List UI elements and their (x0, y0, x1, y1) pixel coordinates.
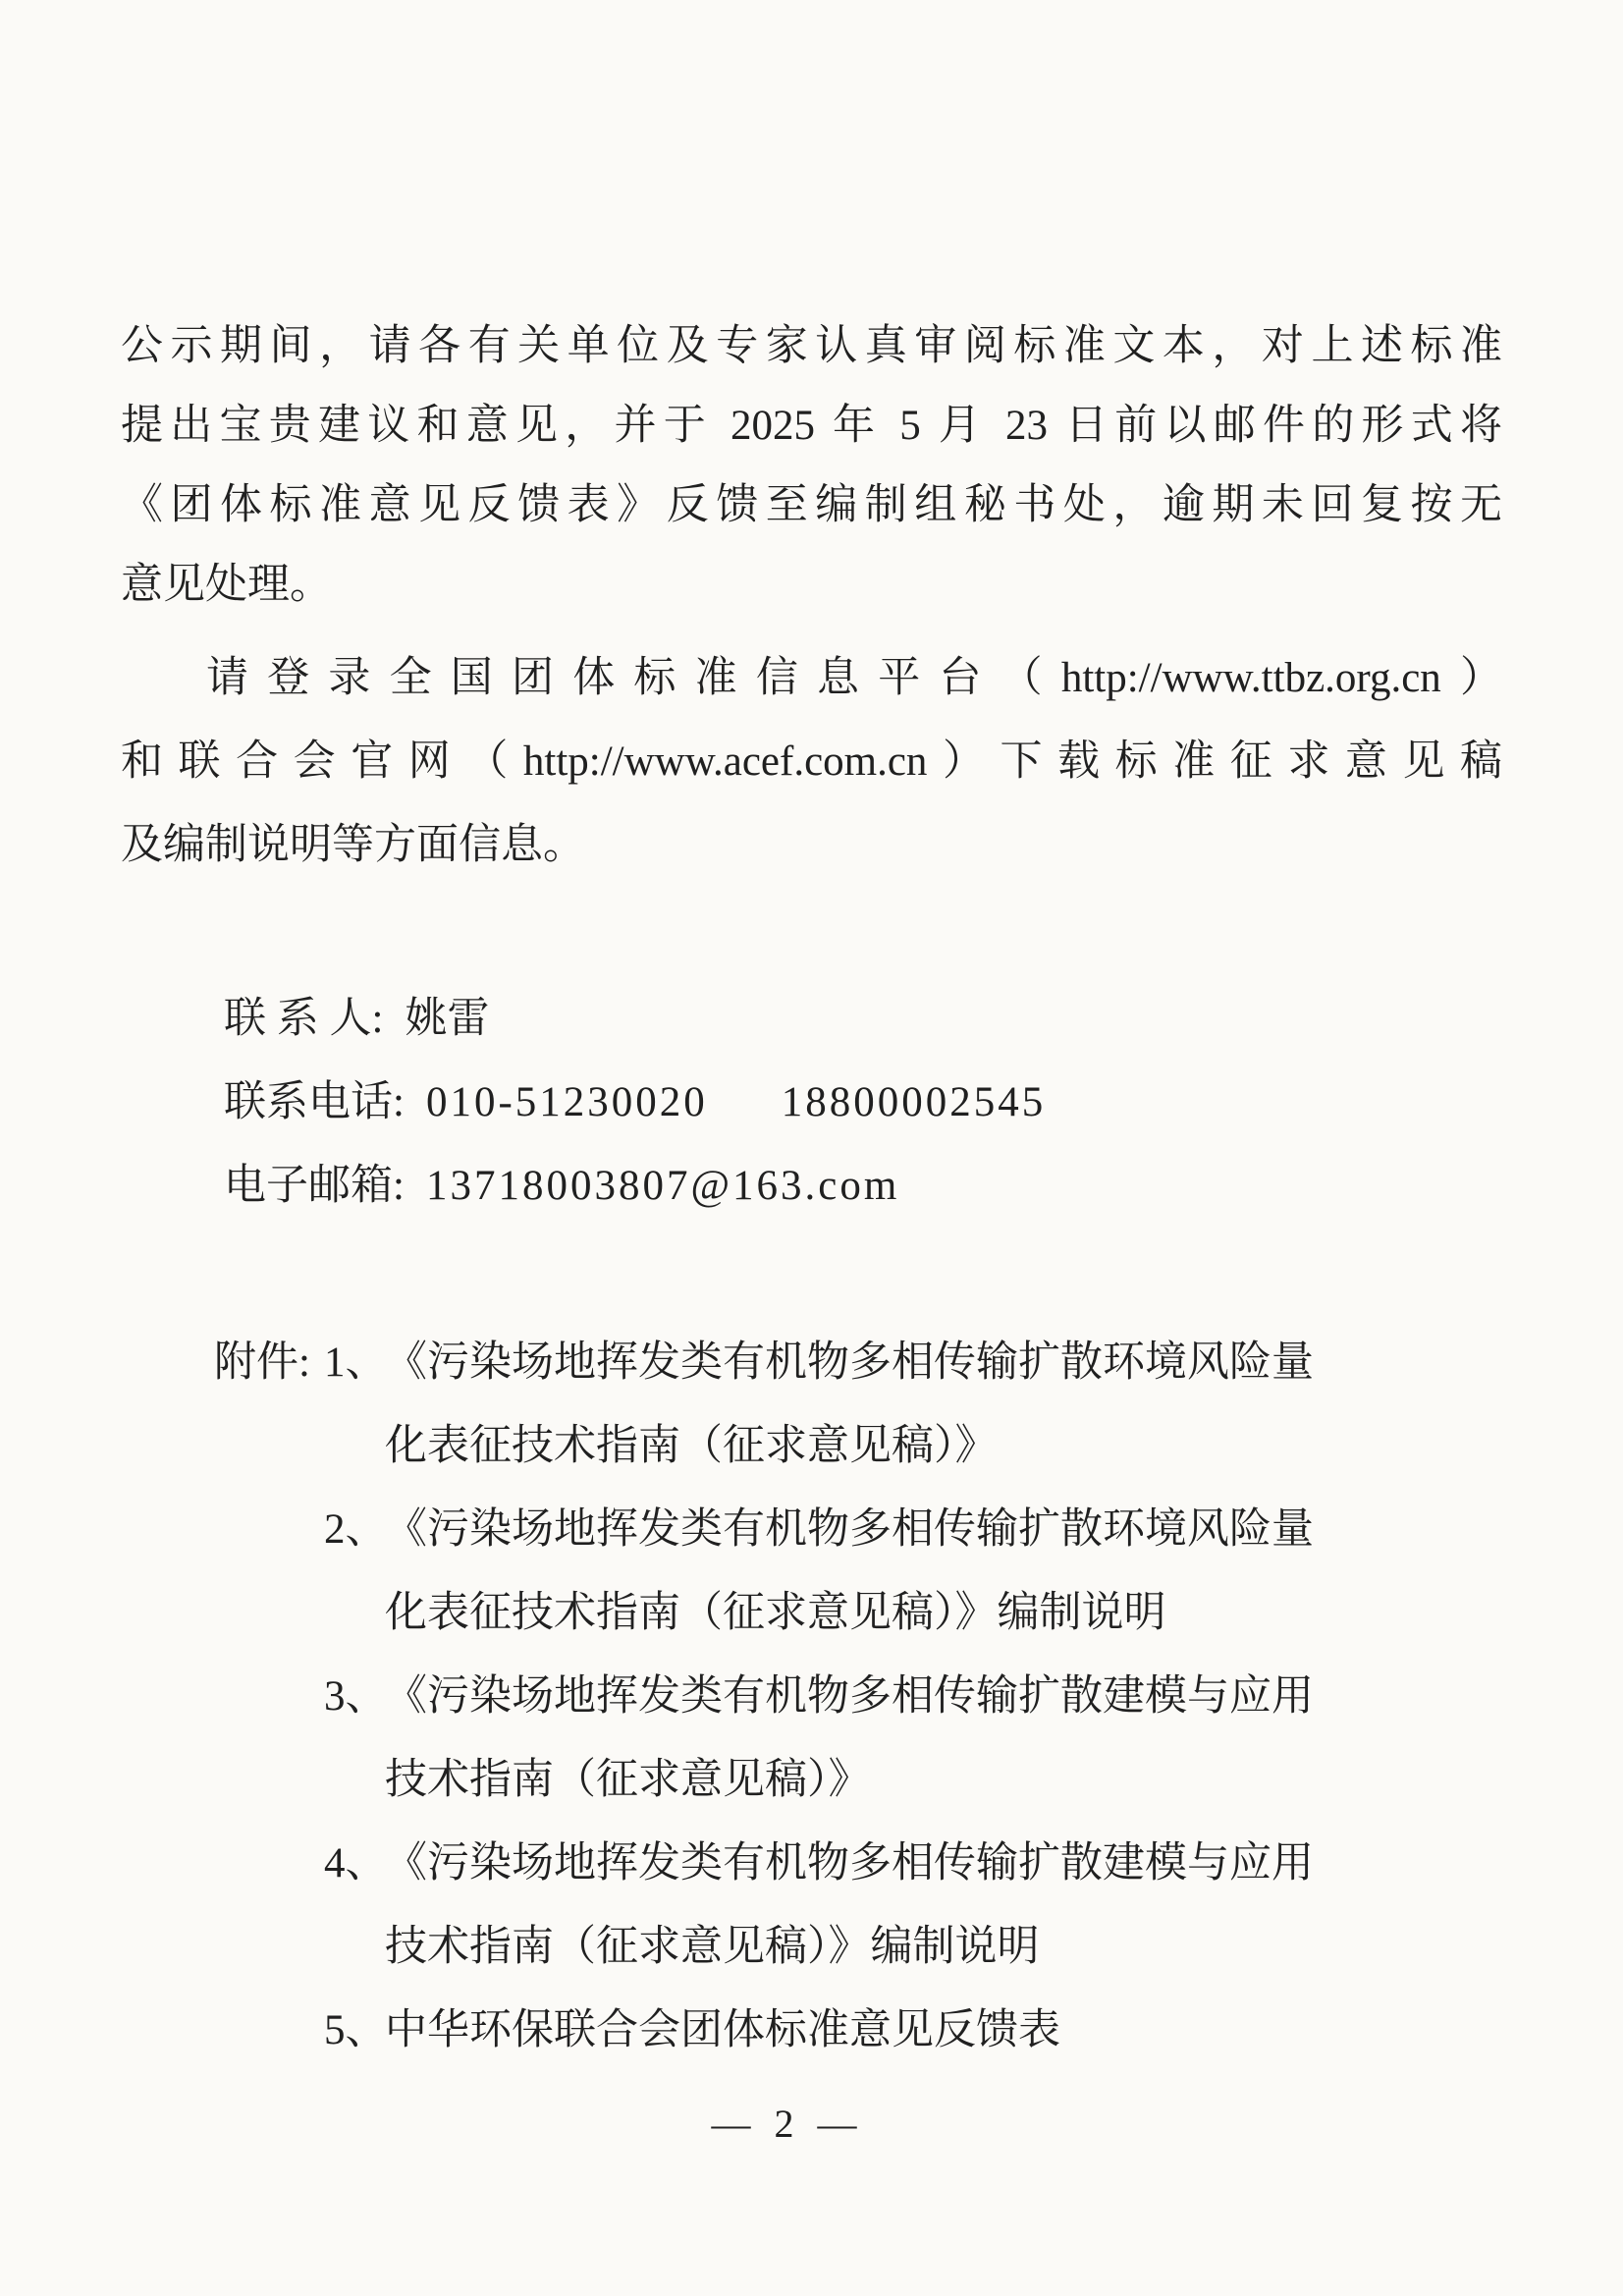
attachment-title-line: 技术指南（征求意见稿）》编制说明 (385, 1905, 1596, 1989)
attachment-number: 3、 (324, 1655, 385, 1738)
attachment-list-label: 附件: (214, 1321, 310, 1404)
text-line: 公示期间，请各有关单位及专家认真审阅标准文本，对上述标准 (121, 306, 1502, 386)
paragraph-download-info: 请登录全国团体标准信息平台（http://www.ttbz.org.cn） 和联… (121, 636, 1502, 887)
attachment-list: 附件: 1、 《污染场地挥发类有机物多相传输扩散环境风险量 化表征技术指南（征求… (121, 1321, 1596, 2072)
attachment-title: 《污染场地挥发类有机物多相传输扩散建模与应用 技术指南（征求意见稿）》编制说明 (385, 1822, 1596, 1989)
page-number: — 2 — (93, 2082, 1475, 2165)
attachment-title-line: 《污染场地挥发类有机物多相传输扩散建模与应用 (385, 1655, 1596, 1738)
contact-info-block: 联 系 人:姚雷 联系电话:010-5123002018800002545 电子… (121, 977, 1502, 1228)
attachment-items: 1、 《污染场地挥发类有机物多相传输扩散环境风险量 化表征技术指南（征求意见稿）… (324, 1321, 1596, 2072)
text-line: 意见处理。 (121, 545, 1502, 625)
attachment-title-line: 《污染场地挥发类有机物多相传输扩散环境风险量 (385, 1321, 1596, 1404)
attachment-number: 4、 (324, 1822, 385, 1905)
contact-email-row: 电子邮箱:13718003807@163.com (121, 1144, 1502, 1228)
contact-phone-number-2: 18800002545 (782, 1079, 1047, 1125)
attachment-item-2: 2、 《污染场地挥发类有机物多相传输扩散环境风险量 化表征技术指南（征求意见稿）… (324, 1488, 1596, 1655)
contact-phone-label: 联系电话: (224, 1079, 405, 1125)
scanned-document-page: 公示期间，请各有关单位及专家认真审阅标准文本，对上述标准 提出宝贵建议和意见，并… (0, 0, 1623, 2296)
attachment-item-1: 1、 《污染场地挥发类有机物多相传输扩散环境风险量 化表征技术指南（征求意见稿）… (324, 1321, 1596, 1488)
attachment-title: 中华环保联合会团体标准意见反馈表 (385, 1989, 1596, 2072)
text-line-with-url: 和联合会官网（http://www.acef.com.cn）下载标准征求意见稿 (121, 720, 1502, 803)
attachment-item-4: 4、 《污染场地挥发类有机物多相传输扩散建模与应用 技术指南（征求意见稿）》编制… (324, 1822, 1596, 1989)
attachment-number: 2、 (324, 1488, 385, 1571)
attachment-title-line: 《污染场地挥发类有机物多相传输扩散环境风险量 (385, 1488, 1596, 1571)
attachment-number: 5、 (324, 1989, 385, 2072)
attachment-title-line: 《污染场地挥发类有机物多相传输扩散建模与应用 (385, 1822, 1596, 1905)
contact-email-label: 电子邮箱: (224, 1163, 405, 1209)
text-line: 及编制说明等方面信息。 (121, 803, 1502, 887)
attachment-number: 1、 (324, 1321, 385, 1404)
attachment-title: 《污染场地挥发类有机物多相传输扩散环境风险量 化表征技术指南（征求意见稿）》编制… (385, 1488, 1596, 1655)
attachment-item-5: 5、 中华环保联合会团体标准意见反馈表 (324, 1989, 1596, 2072)
text-line-with-url: 请登录全国团体标准信息平台（http://www.ttbz.org.cn） (121, 636, 1502, 720)
attachment-item-3: 3、 《污染场地挥发类有机物多相传输扩散建模与应用 技术指南（征求意见稿）》 (324, 1655, 1596, 1822)
contact-person-label: 联 系 人: (224, 996, 383, 1042)
text-line: 提出宝贵建议和意见，并于 2025 年 5 月 23 日前以邮件的形式将 (121, 386, 1502, 465)
attachment-title: 《污染场地挥发类有机物多相传输扩散建模与应用 技术指南（征求意见稿）》 (385, 1655, 1596, 1822)
contact-phone-number-1: 010-51230020 (426, 1079, 708, 1125)
paragraph-comment-period: 公示期间，请各有关单位及专家认真审阅标准文本，对上述标准 提出宝贵建议和意见，并… (121, 306, 1502, 625)
attachment-title-line: 中华环保联合会团体标准意见反馈表 (385, 1989, 1596, 2072)
attachment-title-line: 化表征技术指南（征求意见稿）》编制说明 (385, 1571, 1596, 1655)
attachment-title-line: 化表征技术指南（征求意见稿）》 (385, 1404, 1596, 1488)
attachment-title: 《污染场地挥发类有机物多相传输扩散环境风险量 化表征技术指南（征求意见稿）》 (385, 1321, 1596, 1488)
text-line: 《团体标准意见反馈表》反馈至编制组秘书处，逾期未回复按无 (121, 465, 1502, 545)
contact-phone-row: 联系电话:010-5123002018800002545 (121, 1061, 1502, 1144)
contact-person-name: 姚雷 (405, 996, 489, 1042)
contact-person-row: 联 系 人:姚雷 (121, 977, 1502, 1061)
attachment-title-line: 技术指南（征求意见稿）》 (385, 1738, 1596, 1822)
contact-email-address: 13718003807@163.com (426, 1163, 899, 1209)
